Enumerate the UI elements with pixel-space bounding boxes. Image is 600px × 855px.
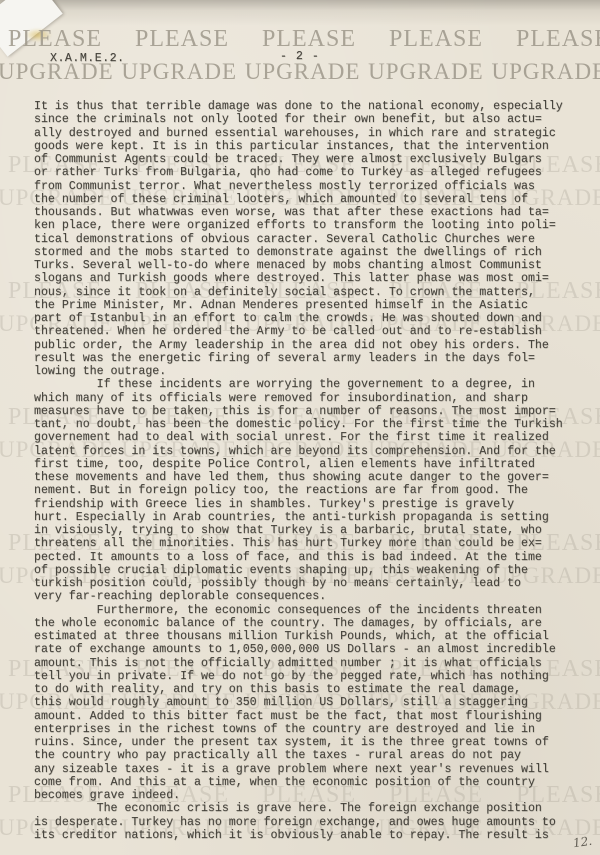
text-line: measures have to be taken, this is for a… <box>34 405 579 418</box>
text-line: any sizeable taxes - it is a grave probl… <box>34 763 579 776</box>
text-line: enterprises in the richest towns of the … <box>34 723 579 736</box>
text-line: estimated at three thousans million Turk… <box>34 630 579 643</box>
text-line: from Communist terror. What nevertheless… <box>34 180 579 193</box>
text-line: which many of its officials were removed… <box>34 392 579 405</box>
text-line: is desperate. Turkey has no more foreign… <box>34 816 579 829</box>
text-line: come from. And this at a time, when the … <box>34 776 579 789</box>
text-line: since the criminals not only looted for … <box>34 113 579 126</box>
text-line: tell you in private. If we do not go by … <box>34 670 579 683</box>
text-line: this would roughly amount to 350 million… <box>34 696 579 709</box>
text-line: threatens all the minorities. This has h… <box>34 537 579 550</box>
text-line: goods were kept. It is in this particula… <box>34 140 579 153</box>
text-line: first time, too, despite Police Control,… <box>34 458 579 471</box>
text-line: to do with reality, and try on this basi… <box>34 683 579 696</box>
text-line: ruins. Since, under the present tax syst… <box>34 736 579 749</box>
text-line: hurt. Especially in Arab countries, the … <box>34 511 579 524</box>
text-line: part of Istanbul in an effort to calm th… <box>34 312 579 325</box>
handwritten-page-number: 12. <box>572 834 593 851</box>
text-line: the country who pay practically all the … <box>34 749 579 762</box>
page-top-edge-shadow <box>0 0 600 26</box>
page-number: - 2 - <box>280 50 320 63</box>
text-line: slogans and Turkish goods where destroye… <box>34 272 579 285</box>
text-line: stormed and the mobs started to demonstr… <box>34 246 579 259</box>
text-line: threatened. When he ordered the Army to … <box>34 325 579 338</box>
watermark-please-row: PLEASE PLEASE PLEASE PLEASE PLEASE <box>8 27 600 51</box>
text-line: lowing the outrage. <box>34 365 579 378</box>
document-page: PLEASE PLEASE PLEASE PLEASE PLEASE UPGRA… <box>0 0 600 855</box>
text-line: very far-reaching deplorable consequence… <box>34 590 579 603</box>
text-line: these movements and have led them, thus … <box>34 471 579 484</box>
text-line: in visiously, trying to show that Turkey… <box>34 524 579 537</box>
text-line: ken place, there were organized efforts … <box>34 219 579 232</box>
text-line: turkish position could, possibly though … <box>34 577 579 590</box>
body-text: It is thus that terrible damage was done… <box>34 100 579 842</box>
text-line: Furthermore, the economic consequences o… <box>34 604 579 617</box>
text-line: or rather Turks from Bulgaria, qho had c… <box>34 166 579 179</box>
text-line: friendship with Greece lies in shambles.… <box>34 498 579 511</box>
text-line: result was the energetic firing of sever… <box>34 352 579 365</box>
paper-stain <box>24 28 52 42</box>
text-line: Turks. Several well-to-do where menaced … <box>34 259 579 272</box>
text-line: amount. This is not the officially admit… <box>34 657 579 670</box>
text-line: amount. Added to this bitter fact must b… <box>34 710 579 723</box>
text-line: ally destroyed and burned essential ware… <box>34 127 579 140</box>
text-line: its creditor nations, which it is obviou… <box>34 829 579 842</box>
text-line: of Communist Agents could be traced. The… <box>34 153 579 166</box>
text-line: rate of exchange amounts to 1,050,000,00… <box>34 643 579 656</box>
text-line: If these incidents are worrying the gove… <box>34 378 579 391</box>
document-reference: X.A.M.E.2. <box>50 52 125 65</box>
text-line: governement had to deal with social unre… <box>34 431 579 444</box>
text-line: of possible crucial diplomatic events sh… <box>34 564 579 577</box>
text-line: the number of these criminal looters, wh… <box>34 193 579 206</box>
text-line: latent forces in its towns, which are be… <box>34 445 579 458</box>
text-line: It is thus that terrible damage was done… <box>34 100 579 113</box>
text-line: tical demonstrations of obvious caracter… <box>34 233 579 246</box>
text-line: nous, since it took on a definitely soci… <box>34 286 579 299</box>
text-line: The economic crisis is grave here. The f… <box>34 802 579 815</box>
text-line: pected. It amounts to a loss of face, an… <box>34 551 579 564</box>
text-line: public order, the Army leadership in the… <box>34 339 579 352</box>
text-line: becomes grave indeed. <box>34 789 579 802</box>
text-line: the whole economic balance of the countr… <box>34 617 579 630</box>
text-line: tant, no doubt, has been the domestic po… <box>34 418 579 431</box>
text-line: thousands. But whatwwas even worse, was … <box>34 206 579 219</box>
text-line: nement. But in foreign policy too, the r… <box>34 484 579 497</box>
text-line: the Prime Minister, Mr. Adnan Menderes p… <box>34 299 579 312</box>
